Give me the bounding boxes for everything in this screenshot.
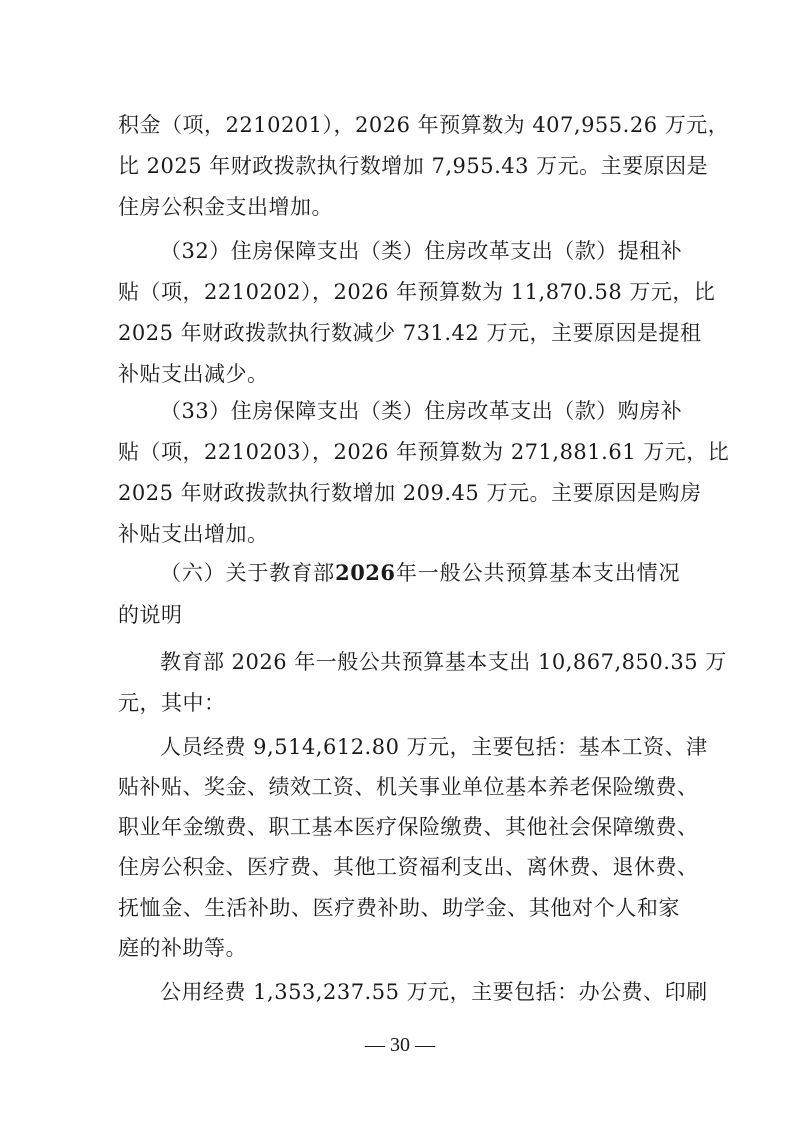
public-expenses-line: 公用经费 1,353,237.55 万元，主要包括：办公费、印刷 xyxy=(160,977,680,1007)
section-heading-prefix: （六）关于教育部 xyxy=(160,561,335,585)
text-line: 补贴支出增加。 xyxy=(118,519,680,549)
text-line: 2025 年财政拨款执行数增加 209.45 万元。主要原因是购房 xyxy=(118,478,680,508)
item-33-heading-line: （33）住房保障支出（类）住房改革支出（款）购房补 xyxy=(160,396,680,426)
text-line: 元，其中： xyxy=(118,688,680,718)
text-line: 贴（项，2210202），2026 年预算数为 11,870.58 万元，比 xyxy=(118,277,680,307)
personnel-expenses-line: 人员经费 9,514,612.80 万元，主要包括：基本工资、津 xyxy=(160,732,680,762)
section-heading-line2: 的说明 xyxy=(118,600,680,630)
text-line: 比 2025 年财政拨款执行数增加 7,955.43 万元。主要原因是 xyxy=(118,151,680,181)
page-number: — 30 — xyxy=(0,1030,800,1060)
text-line: 2025 年财政拨款执行数减少 731.42 万元，主要原因是提租 xyxy=(118,318,680,348)
document-page: 积金（项，2210201），2026 年预算数为 407,955.26 万元， … xyxy=(0,0,800,1131)
item-32-heading-line: （32）住房保障支出（类）住房改革支出（款）提租补 xyxy=(160,236,680,266)
basic-expenditure-line: 教育部 2026 年一般公共预算基本支出 10,867,850.35 万 xyxy=(160,647,680,677)
section-heading-year: 2026 xyxy=(335,560,395,585)
section-heading-suffix: 年一般公共预算基本支出情况 xyxy=(396,561,680,585)
text-line: 职业年金缴费、职工基本医疗保险缴费、其他社会保障缴费、 xyxy=(118,812,680,842)
text-line: 贴（项，2210203），2026 年预算数为 271,881.61 万元，比 xyxy=(118,437,680,467)
text-line: 贴补贴、奖金、绩效工资、机关事业单位基本养老保险缴费、 xyxy=(118,772,680,802)
text-line: 庭的补助等。 xyxy=(118,933,680,963)
text-line: 抚恤金、生活补助、医疗费补助、助学金、其他对个人和家 xyxy=(118,893,680,923)
text-line: 住房公积金、医疗费、其他工资福利支出、离休费、退休费、 xyxy=(118,852,680,882)
text-line: 积金（项，2210201），2026 年预算数为 407,955.26 万元， xyxy=(118,110,680,140)
section-heading: （六）关于教育部2026年一般公共预算基本支出情况 xyxy=(160,558,680,588)
text-line: 住房公积金支出增加。 xyxy=(118,192,680,222)
text-line: 补贴支出减少。 xyxy=(118,359,680,389)
